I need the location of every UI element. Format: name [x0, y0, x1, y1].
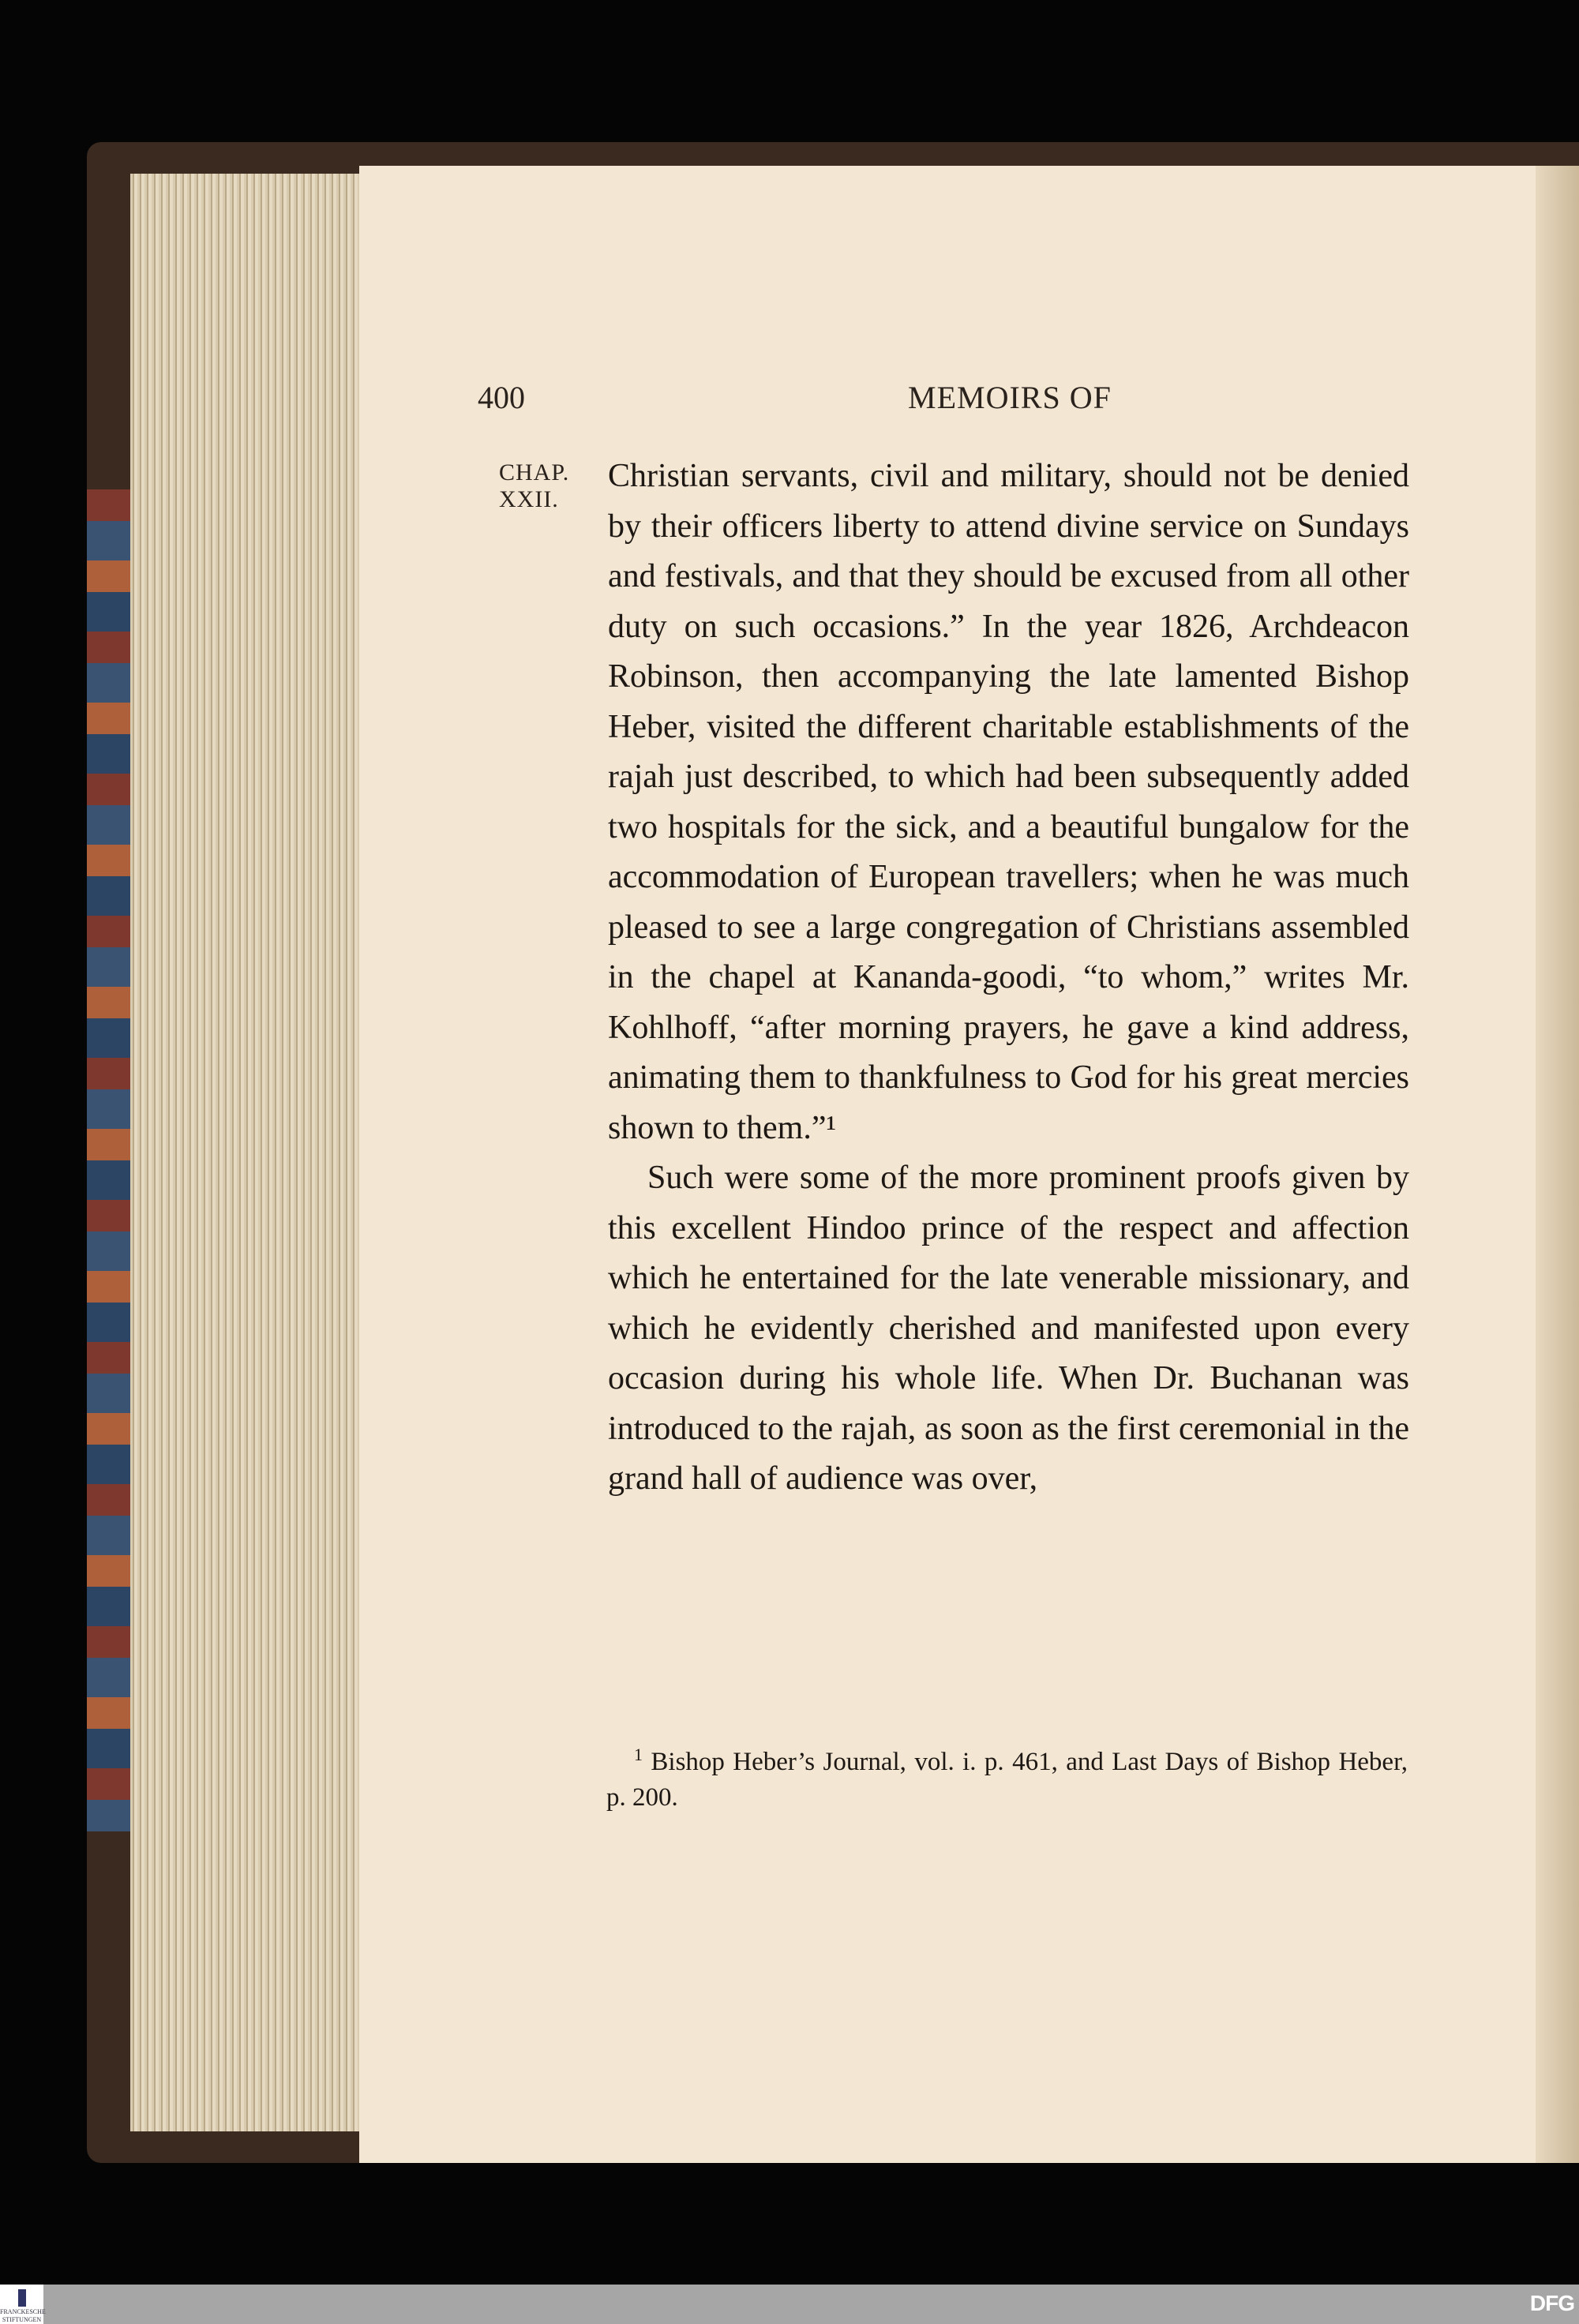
- page-number: 400: [478, 379, 525, 416]
- chapter-number: XXII.: [499, 486, 569, 513]
- institution-logo-text: FRANCKESCHE STIFTUNGEN: [0, 2308, 46, 2323]
- page-stack: [130, 174, 367, 2131]
- running-head: MEMOIRS OF: [908, 379, 1112, 416]
- page-header: 400 MEMOIRS OF: [478, 379, 1425, 426]
- dfg-logo[interactable]: DFG: [1530, 2291, 1574, 2316]
- facing-page-edge: [1536, 166, 1579, 2163]
- marbled-edge: [87, 489, 130, 1831]
- footnote: 1 Bishop Heber’s Journal, vol. i. p. 461…: [606, 1737, 1408, 1816]
- chapter-label: CHAP.: [499, 459, 569, 486]
- viewer-footer: FRANCKESCHE STIFTUNGEN DFG: [0, 2285, 1579, 2324]
- paragraph: Christian servants, civil and military, …: [608, 452, 1409, 1153]
- footnote-text: Bishop Heber’s Journal, vol. i. p. 461, …: [606, 1748, 1408, 1812]
- chapter-marker: CHAP. XXII.: [499, 459, 569, 513]
- statue-icon: [18, 2289, 26, 2307]
- institution-logo[interactable]: FRANCKESCHE STIFTUNGEN: [0, 2285, 43, 2324]
- body-text: Christian servants, civil and military, …: [608, 452, 1409, 1505]
- footnote-marker: 1: [634, 1745, 643, 1764]
- paragraph: Such were some of the more prominent pro…: [608, 1153, 1409, 1505]
